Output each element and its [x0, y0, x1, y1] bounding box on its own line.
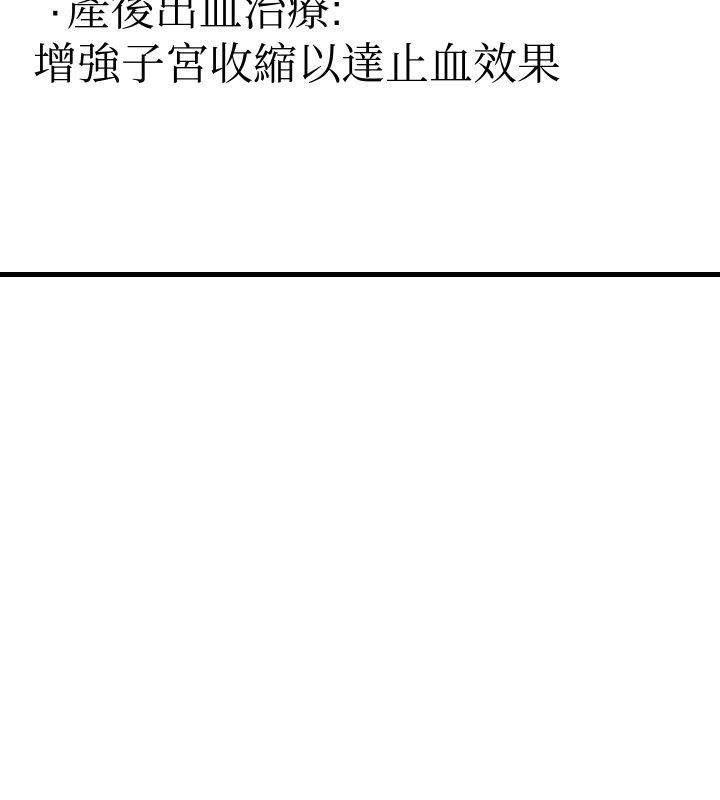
caption-text-block: ·產後出血治療: 增強子宮收縮以達止血效果 [33, 0, 561, 92]
bullet-marker: · [48, 0, 63, 35]
caption-line-1-text: 產後出血治療: [67, 0, 343, 35]
page: ·產後出血治療: 增強子宮收縮以達止血效果 [0, 0, 720, 800]
caption-line-2: 增強子宮收縮以達止血效果 [33, 38, 561, 92]
caption-line-1: ·產後出血治療: [33, 0, 561, 38]
panel-divider [0, 272, 720, 277]
